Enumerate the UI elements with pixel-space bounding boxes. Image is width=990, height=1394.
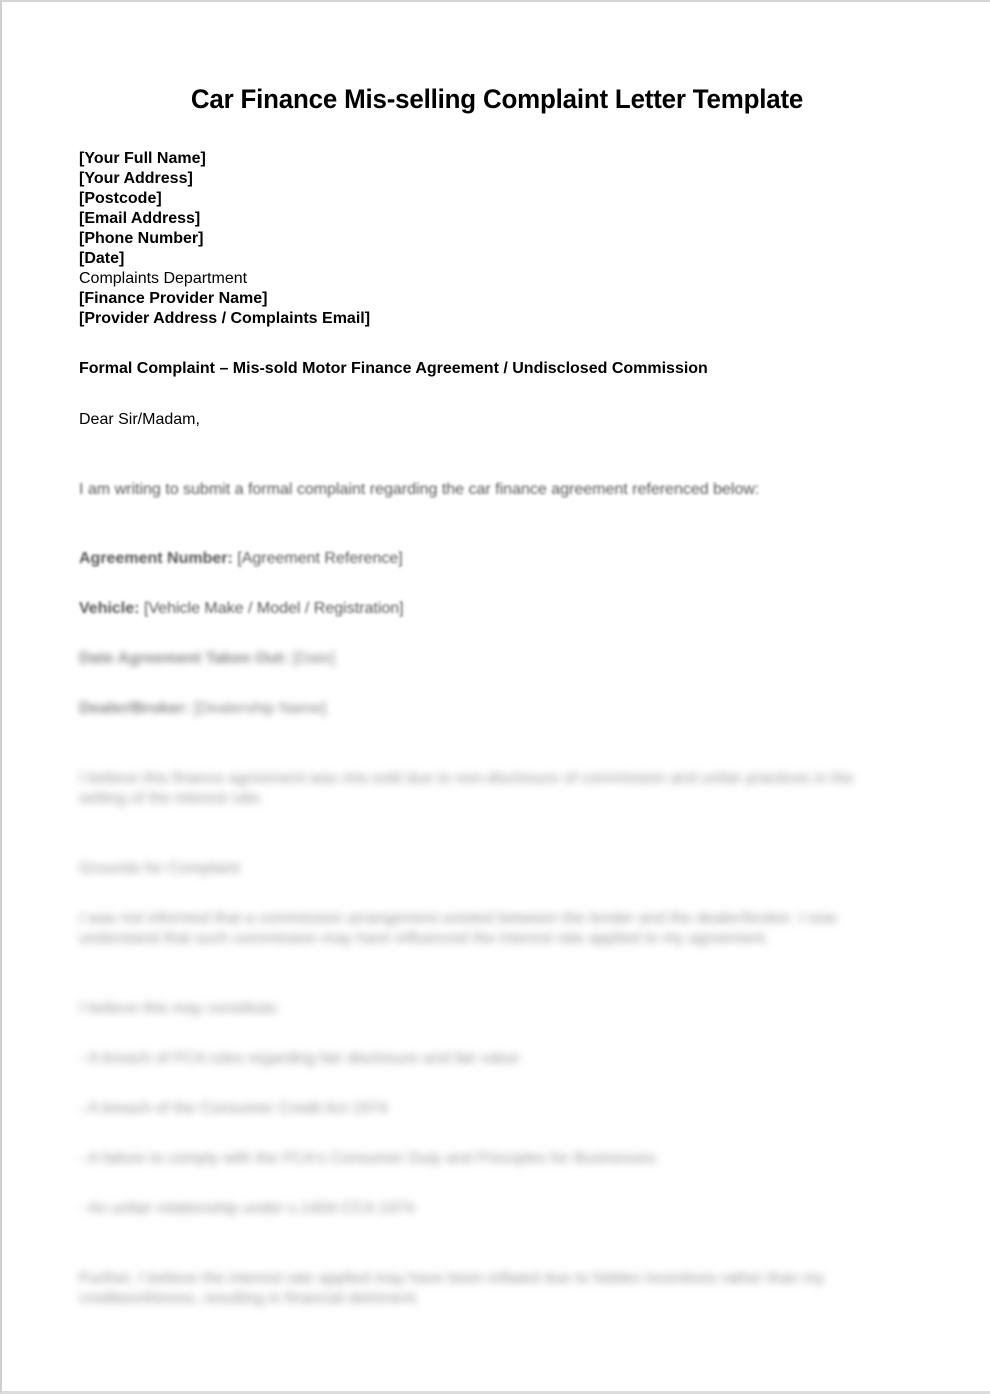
recipient-provider-address: [Provider Address / Complaints Email] (79, 309, 370, 329)
paragraph-commission: I was not informed that a commission arr… (79, 909, 879, 949)
list-item: - A breach of FCA rules regarding fair d… (79, 1049, 519, 1069)
field-label: Vehicle: (79, 600, 139, 617)
sender-phone: [Phone Number] (79, 229, 370, 249)
sender-full-name: [Your Full Name] (79, 149, 370, 169)
recipient-provider-name: [Finance Provider Name] (79, 289, 370, 309)
sender-address-block: [Your Full Name] [Your Address] [Postcod… (79, 149, 370, 329)
list-item: - A breach of the Consumer Credit Act 19… (79, 1099, 388, 1119)
field-value: [Agreement Reference] (237, 550, 402, 567)
document-title: Car Finance Mis-selling Complaint Letter… (22, 84, 972, 115)
sender-postcode: [Postcode] (79, 189, 370, 209)
intro-paragraph: I am writing to submit a formal complain… (79, 480, 759, 500)
sender-email: [Email Address] (79, 209, 370, 229)
letter-date: [Date] (79, 249, 370, 269)
paragraph-interest-rate: Further, I believe the interest rate app… (79, 1269, 869, 1309)
salutation: Dear Sir/Madam, (79, 410, 200, 430)
field-value: [Vehicle Make / Model / Registration] (144, 600, 404, 617)
field-label: Dealer/Broker: (79, 700, 189, 717)
grounds-heading: Grounds for Complaint (79, 859, 240, 879)
recipient-department: Complaints Department (79, 269, 370, 289)
field-agreement-number: Agreement Number: [Agreement Reference] (79, 549, 403, 569)
field-dealer-broker: Dealer/Broker: [Dealership Name] (79, 699, 326, 719)
field-value: [Date] (292, 650, 335, 667)
field-vehicle: Vehicle: [Vehicle Make / Model / Registr… (79, 599, 404, 619)
field-value: [Dealership Name] (194, 700, 327, 717)
list-item: - An unfair relationship under s.140A CC… (79, 1199, 414, 1219)
sender-address: [Your Address] (79, 169, 370, 189)
field-date-taken-out: Date Agreement Taken Out: [Date] (79, 649, 335, 669)
document-page: Car Finance Mis-selling Complaint Letter… (0, 0, 990, 1394)
letter-subject: Formal Complaint – Mis-sold Motor Financ… (79, 359, 708, 379)
paragraph-mis-sold: I believe this finance agreement was mis… (79, 769, 899, 809)
list-item: - A failure to comply with the FCA's Con… (79, 1149, 656, 1169)
field-label: Date Agreement Taken Out: (79, 650, 288, 667)
field-label: Agreement Number: (79, 550, 233, 567)
believe-heading: I believe this may constitute: (79, 999, 280, 1019)
